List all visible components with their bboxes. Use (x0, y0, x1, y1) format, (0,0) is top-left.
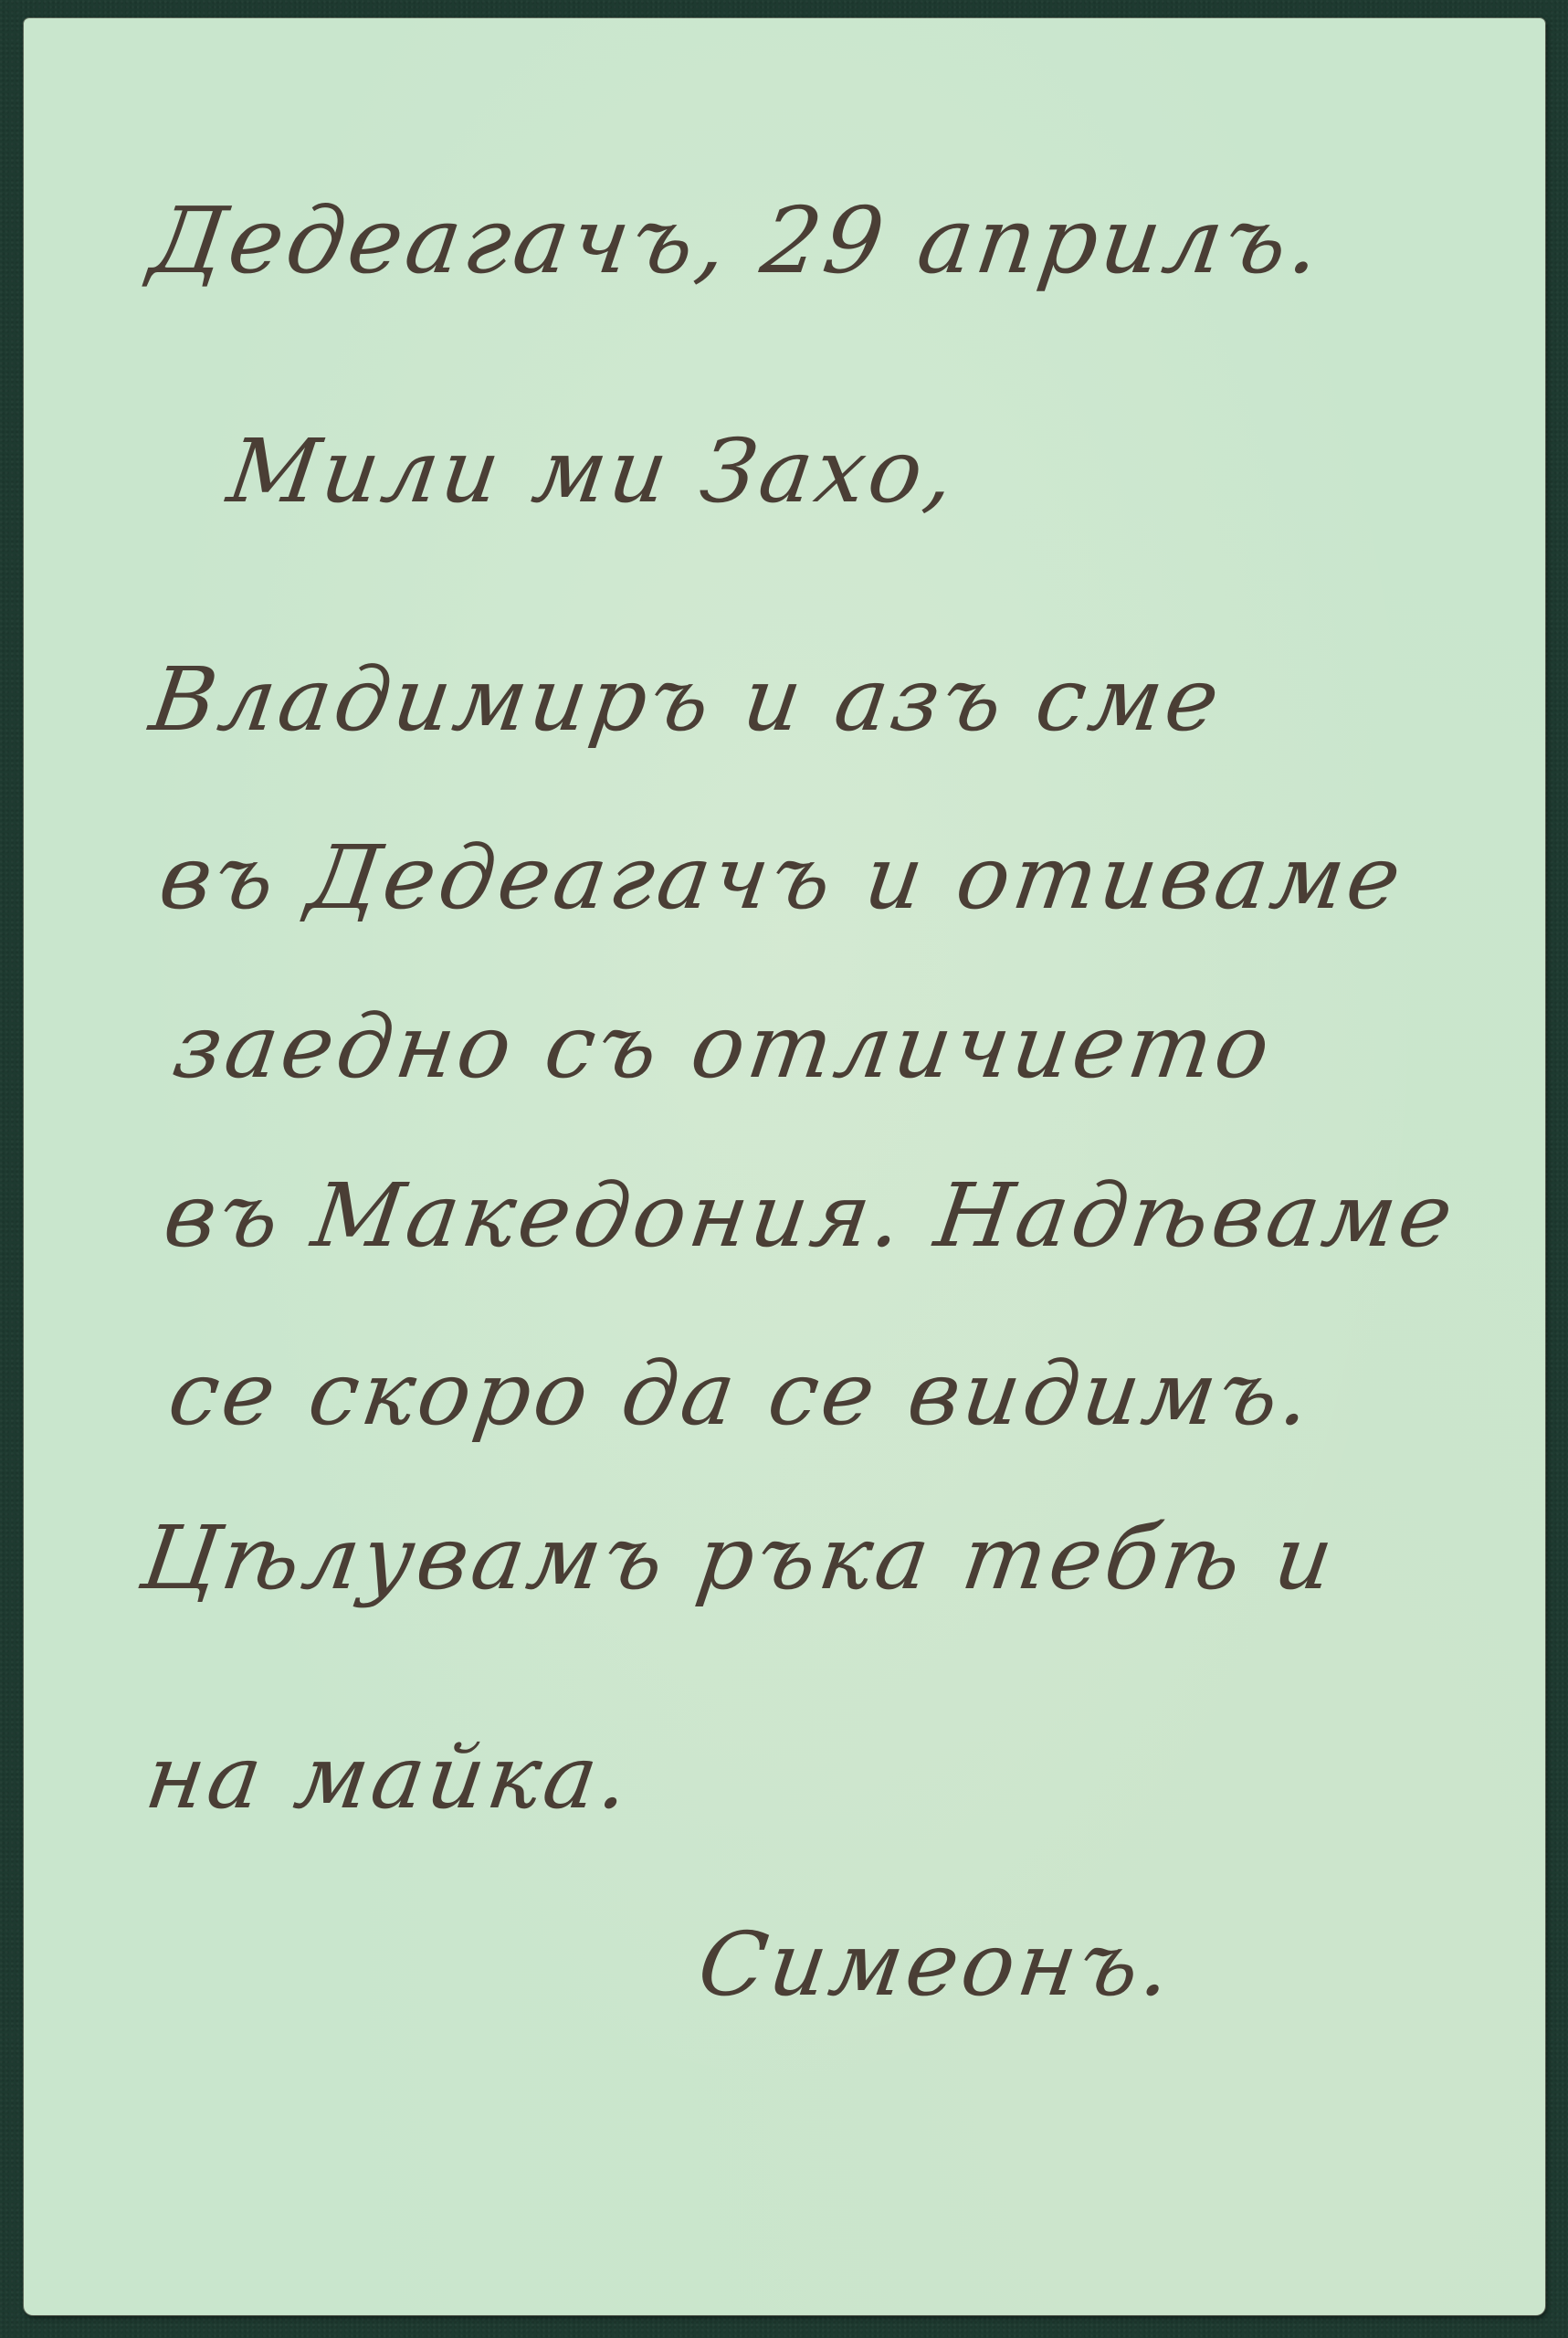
signature: Симеонъ. (692, 1913, 1181, 2016)
body-line: заедно съ отличието (167, 995, 1279, 1098)
body-line: на майка. (140, 1726, 638, 1828)
greeting: Мили ми Захо, (222, 420, 964, 522)
body-line: въ Дедеагачъ и отиваме (153, 827, 1410, 929)
postcard: Дедеагачъ, 29 априлъ. Мили ми Захо, Влад… (24, 18, 1545, 2315)
body-line: се скоро да се видимъ. (163, 1343, 1321, 1445)
body-line: въ Македония. Надѣваме (158, 1164, 1462, 1267)
body-line: Владимиръ и азъ сме (144, 648, 1228, 751)
body-line: Цѣлувамъ ръка тебѣ и (135, 1507, 1342, 1609)
date-line: Дедеагачъ, 29 априлъ. (144, 187, 1331, 294)
